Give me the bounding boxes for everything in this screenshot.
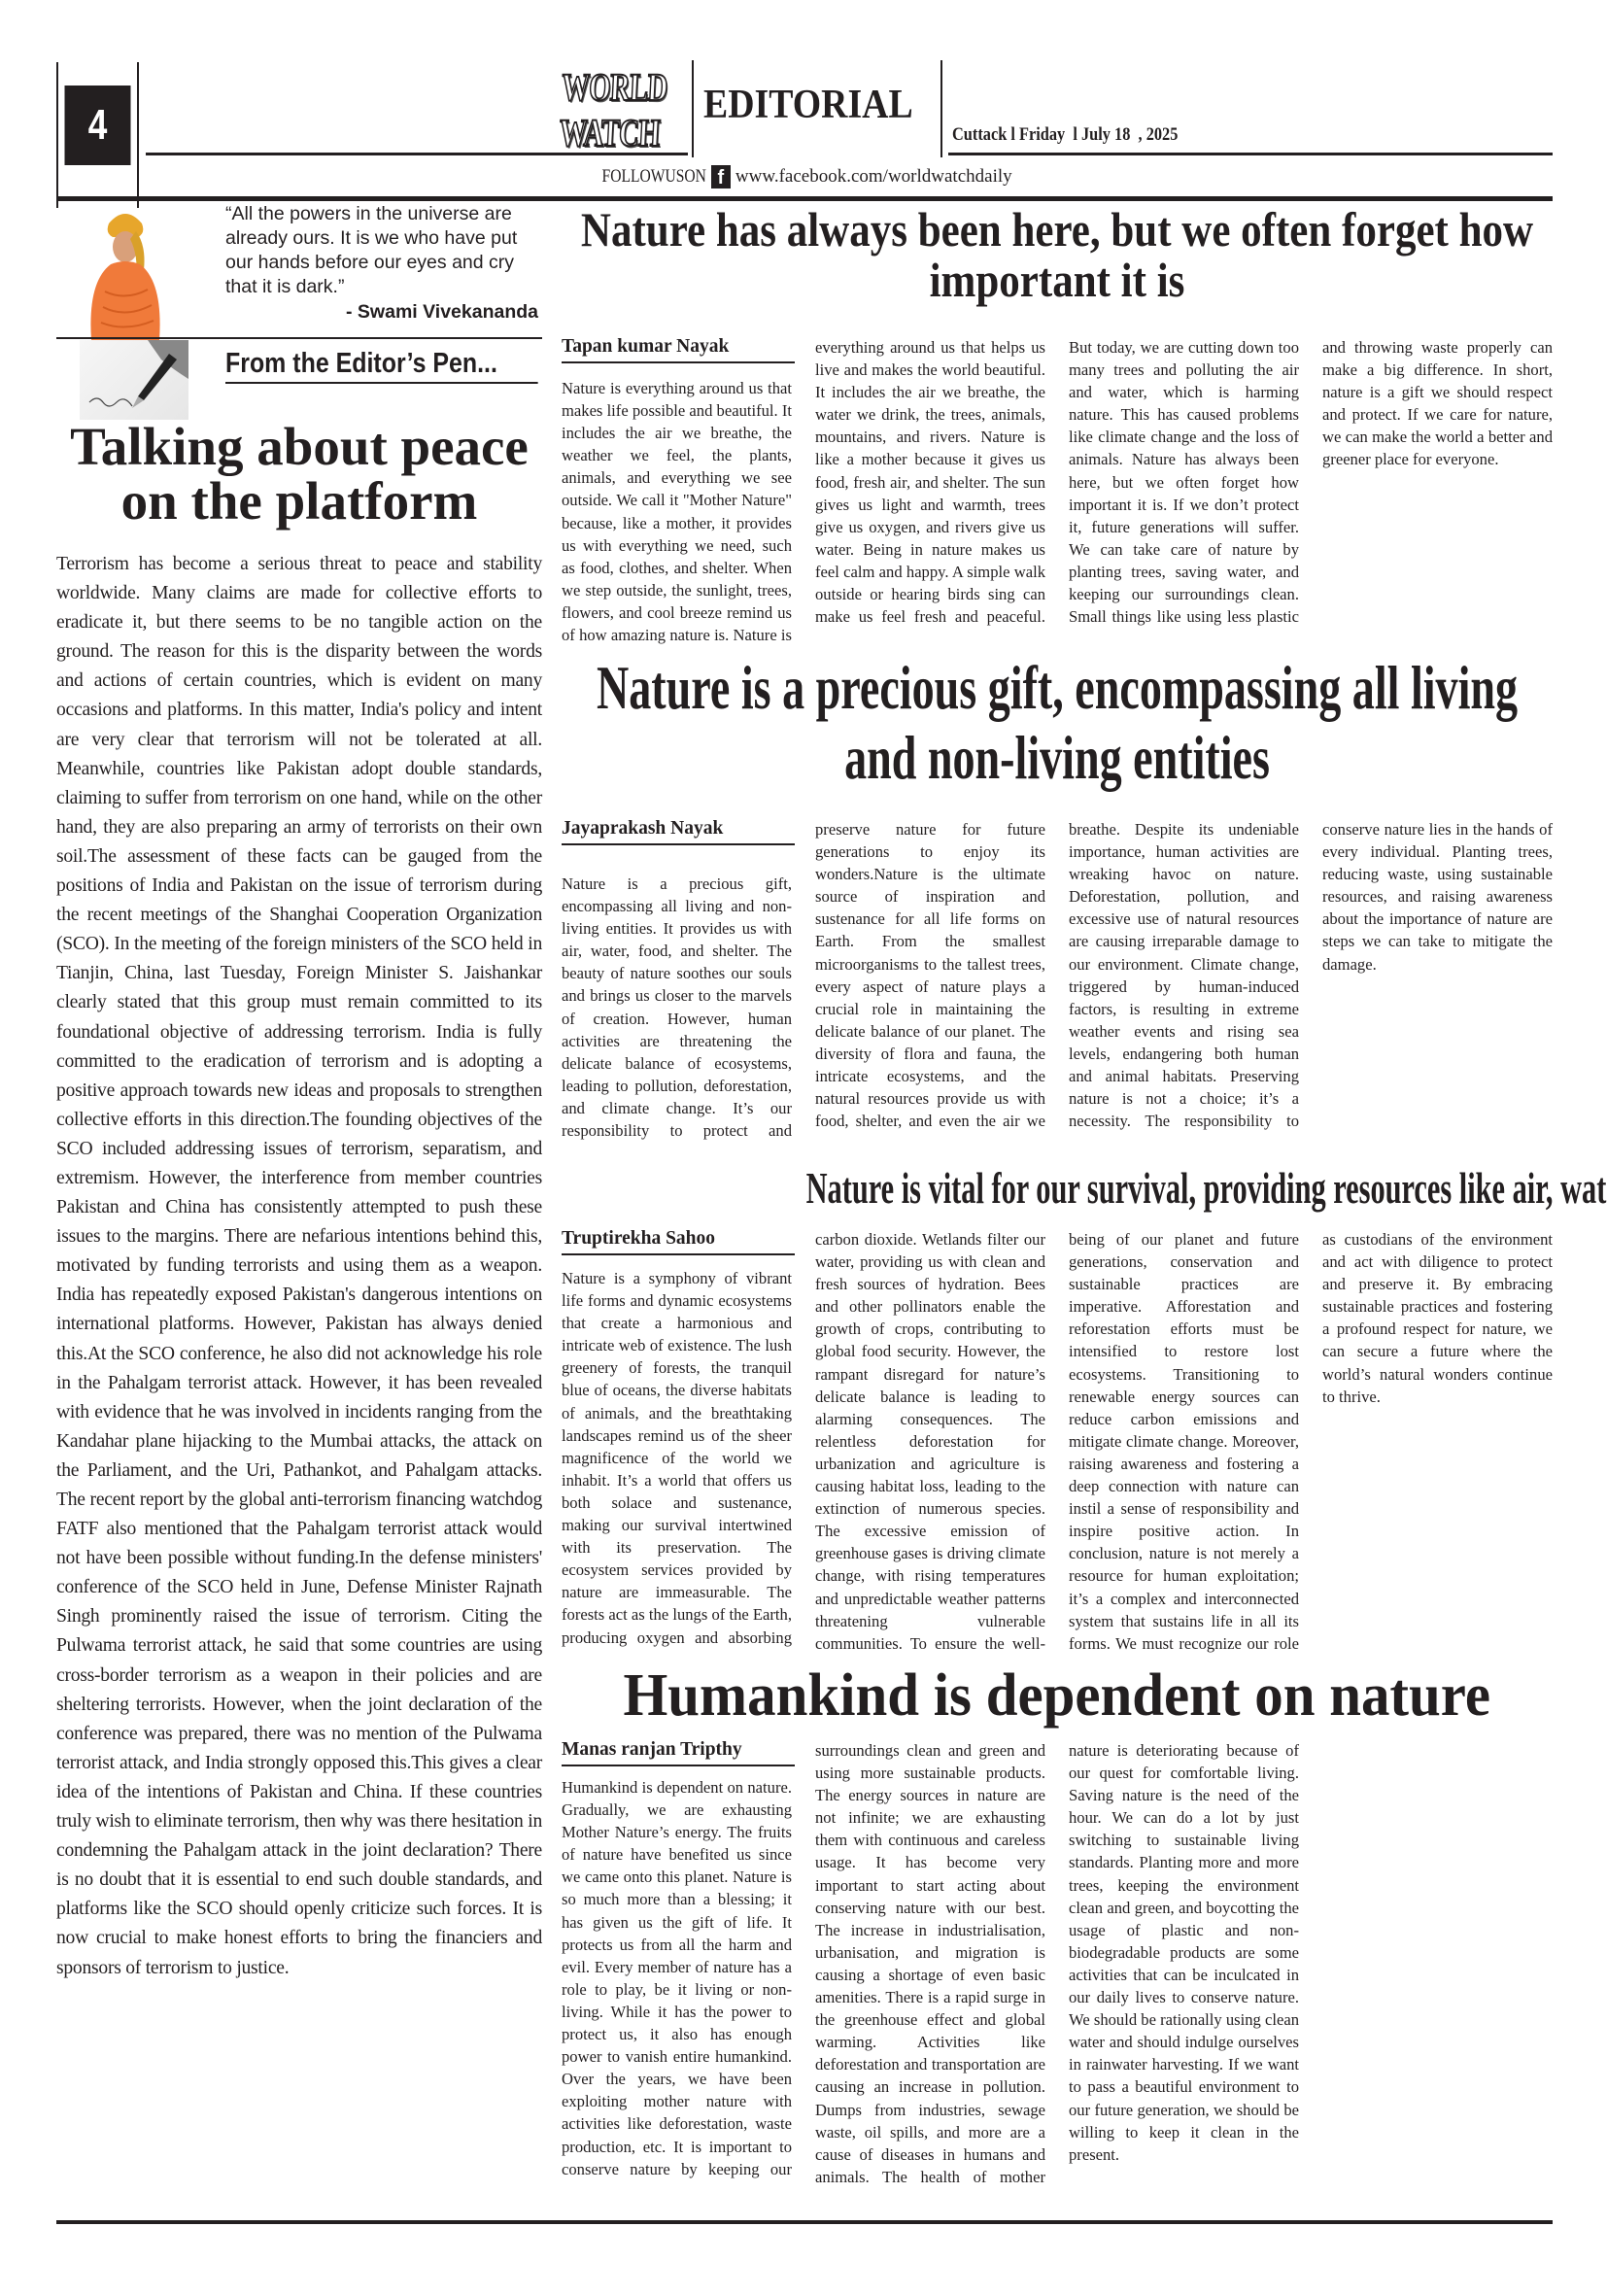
social-follow: FOLLOWUSON f www.facebook.com/worldwatch… xyxy=(579,165,1012,188)
quote-divider xyxy=(56,337,542,339)
article-3-headline-text: Nature is vital for our survival, provid… xyxy=(806,1162,1607,1215)
facebook-icon: f xyxy=(711,165,731,188)
follow-label: FOLLOWUSON xyxy=(602,166,706,188)
header-bottom-rule xyxy=(56,196,1553,201)
article-4-body: Humankind is dependent on nature. Gradua… xyxy=(562,1739,1553,2196)
dateline: Cuttack l Friday l July 18 , 2025 xyxy=(952,124,1178,146)
article-1-headline-text: Nature has always been here, but we ofte… xyxy=(564,204,1551,305)
editorial-title: Talking about peace on the platform xyxy=(56,420,542,529)
facebook-link[interactable]: www.facebook.com/worldwatchdaily xyxy=(735,166,1012,188)
column-gutter xyxy=(550,201,551,2220)
article-2-headline: Nature is a precious gift, encompassing … xyxy=(562,653,1553,793)
masthead-rule xyxy=(948,153,1553,155)
article-1: Tapan kumar Nayak Nature is everything a… xyxy=(562,336,1553,647)
article-3-body: Nature is a symphony of vibrant life for… xyxy=(562,1228,1553,1658)
page-bottom-rule xyxy=(56,2220,1553,2224)
article-1-body: Nature is everything around us that make… xyxy=(562,336,1553,647)
article-4: Manas ranjan Tripthy Humankind is depend… xyxy=(562,1739,1553,2196)
article-1-headline: Nature has always been here, but we ofte… xyxy=(562,204,1553,305)
quote-text: “All the powers in the universe are alre… xyxy=(225,202,538,299)
fountain-pen-image xyxy=(80,340,188,420)
quote-author: - Swami Vivekananda xyxy=(291,301,538,324)
world-watch-logo: WORLD WATCH xyxy=(559,82,694,155)
masthead-rule xyxy=(146,153,688,155)
article-3: Truptirekha Sahoo Nature is a symphony o… xyxy=(562,1228,1553,1658)
section-title: EDITORIAL xyxy=(703,82,913,128)
editors-pen-label: From the Editor’s Pen... xyxy=(225,348,538,384)
article-3-headline: Nature is vital for our survival, provid… xyxy=(562,1162,1553,1215)
article-2-body: Nature is a precious gift, encompassing … xyxy=(562,818,1553,1154)
article-2-headline-text: Nature is a precious gift, encompassing … xyxy=(567,653,1547,793)
article-4-headline: Humankind is dependent on nature xyxy=(562,1663,1553,1728)
masthead-divider xyxy=(940,60,942,157)
masthead-divider xyxy=(692,60,694,157)
editorial-body: Terrorism has become a serious threat to… xyxy=(56,550,542,1983)
page-number: 4 xyxy=(65,86,131,165)
article-4-headline-text: Humankind is dependent on nature xyxy=(624,1663,1491,1728)
swami-vivekananda-portrait xyxy=(70,204,181,340)
article-2: Jayaprakash Nayak Nature is a precious g… xyxy=(562,818,1553,1154)
